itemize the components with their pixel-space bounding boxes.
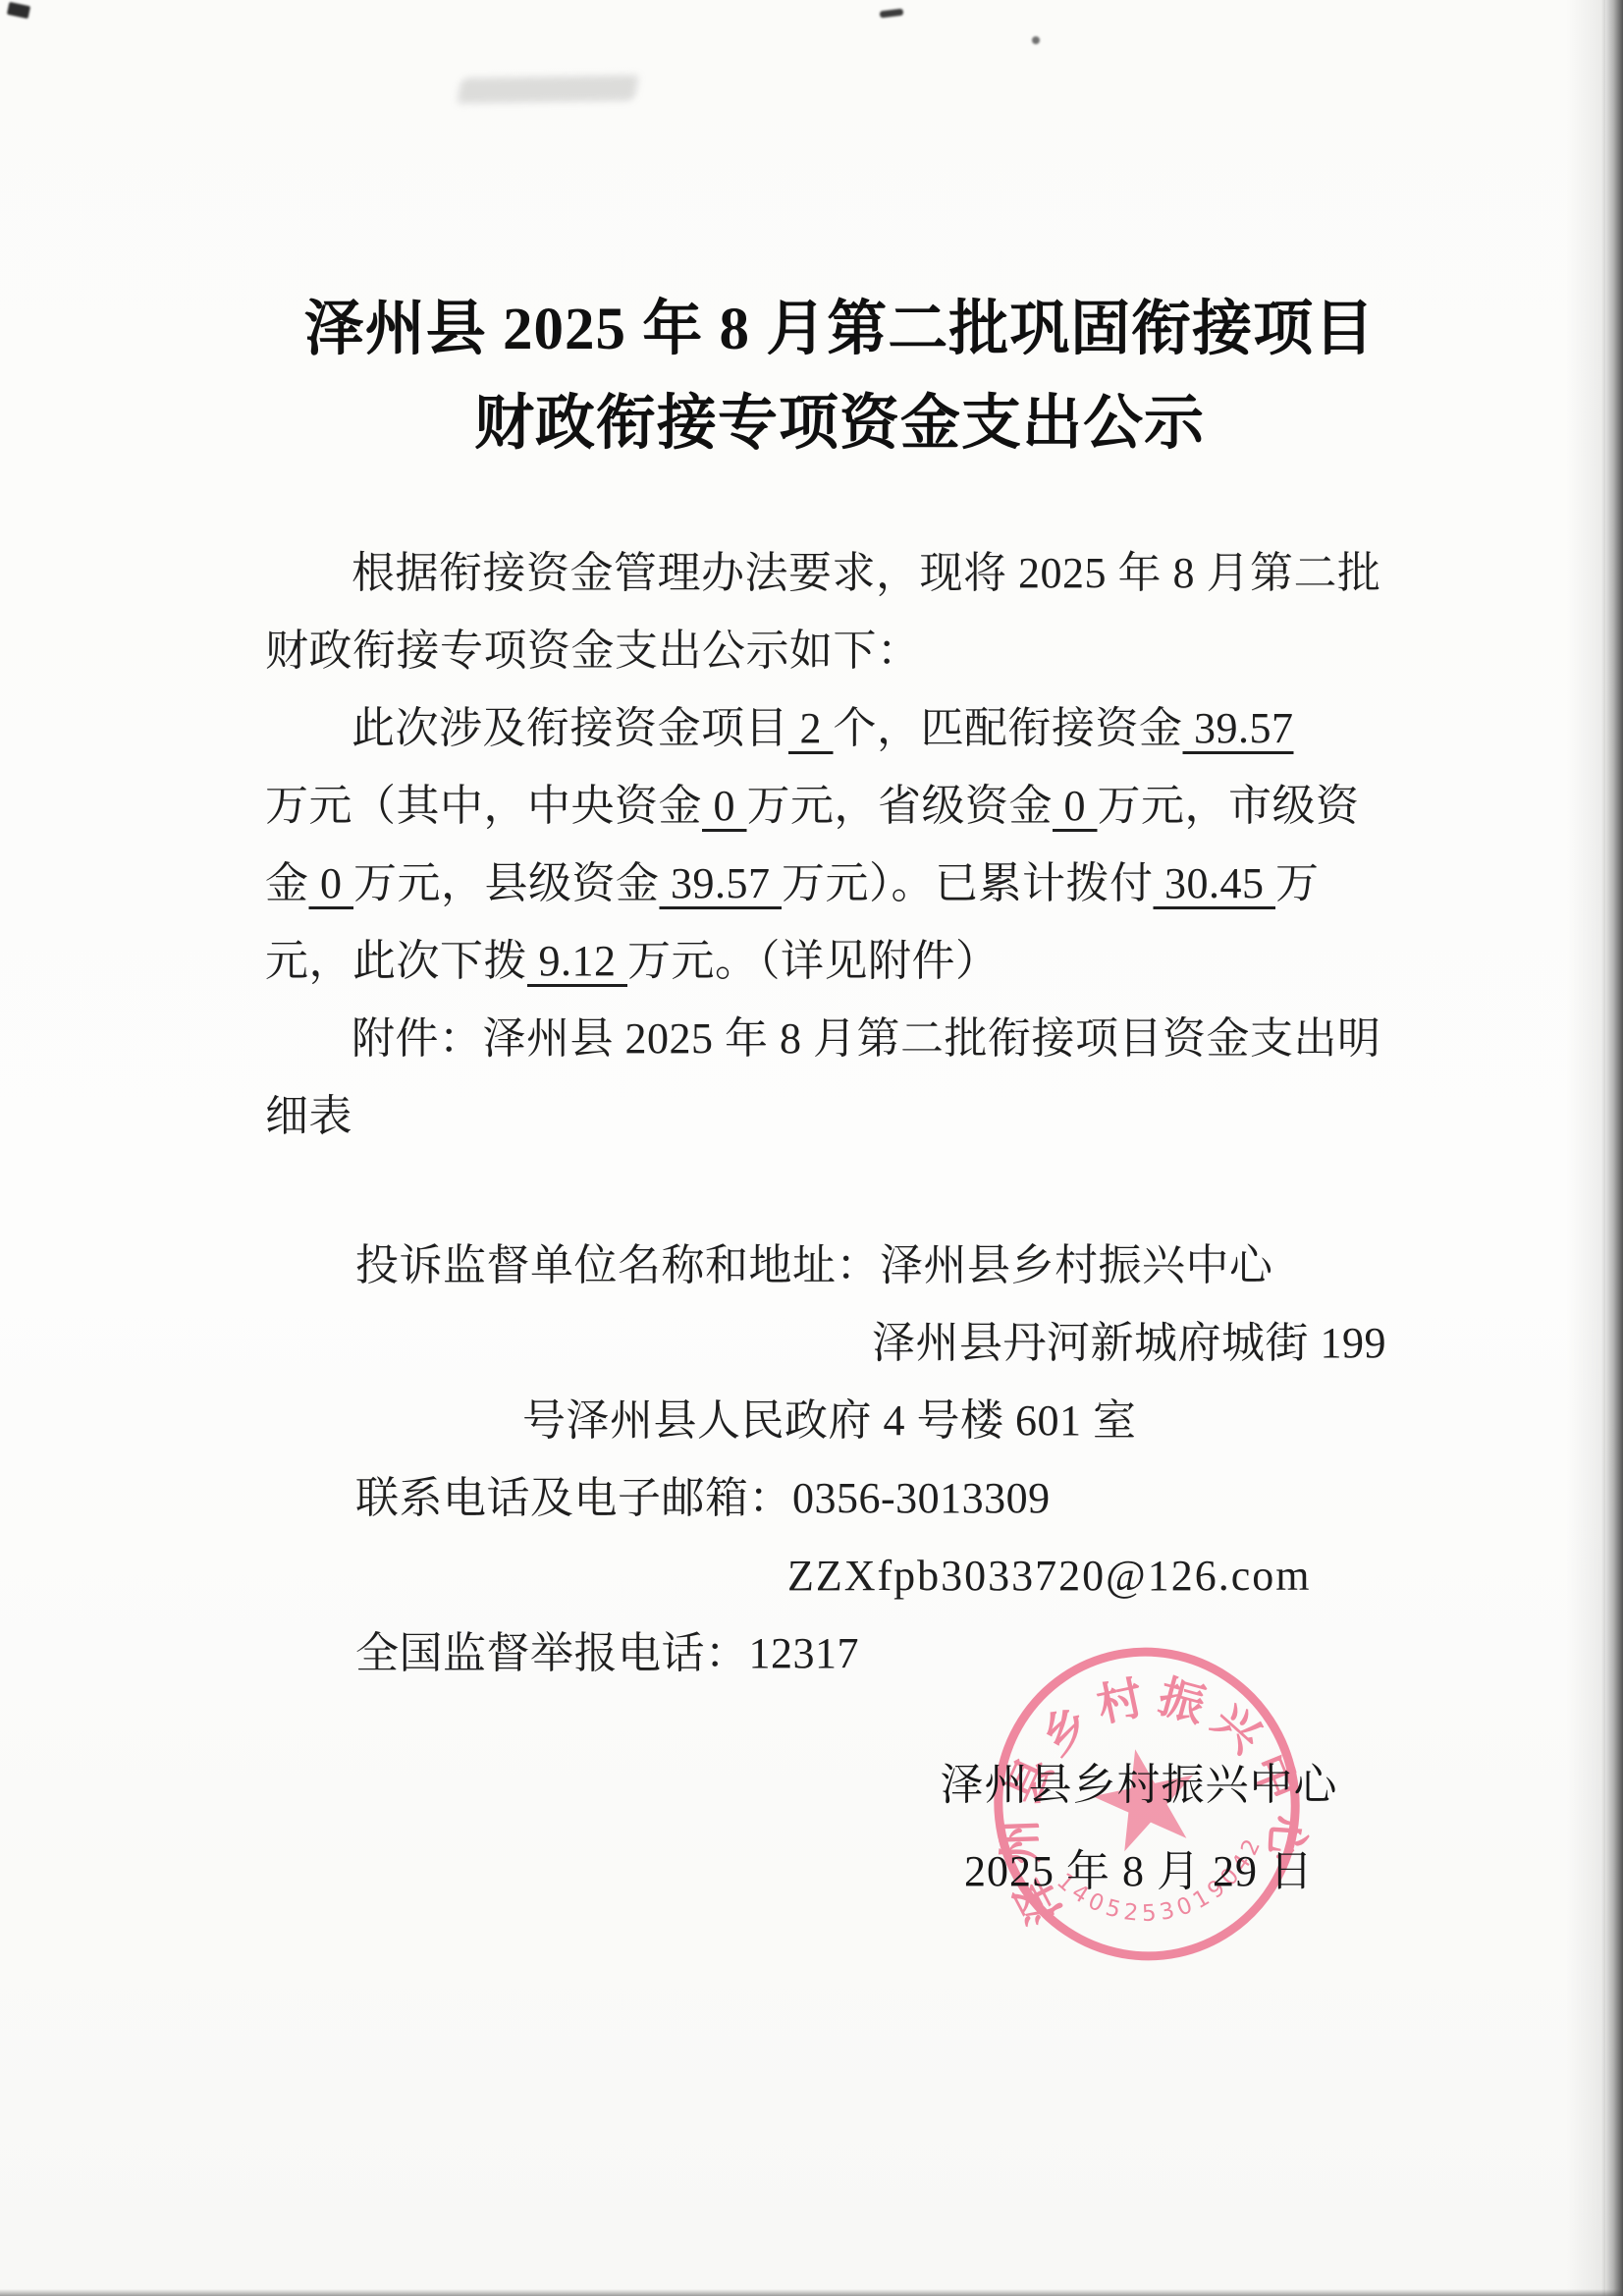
scan-artifact [1032,36,1040,44]
scanned-document-page: 泽州县 2025 年 8 月第二批巩固衔接项目 财政衔接专项资金支出公示 根据衔… [0,0,1623,2296]
document-content: 泽州县 2025 年 8 月第二批巩固衔接项目 财政衔接专项资金支出公示 根据衔… [265,283,1414,1692]
text-segment: 细表 [265,1092,352,1140]
scan-artifact [880,9,904,19]
body-line: 根据衔接资金管理办法要求，现将 2025 年 8 月第二批 [265,534,1414,612]
underlined-value: 0 [702,782,747,830]
document-title-line-2: 财政衔接专项资金支出公示 [265,377,1414,471]
contact-line: 泽州县丹河新城府城街 199 [872,1304,1414,1382]
contact-line: ZZXfpb3033720@126.com [787,1537,1414,1614]
underlined-value: 0 [309,859,354,907]
contact-line: 投诉监督单位名称和地址：泽州县乡村振兴中心 [355,1227,1414,1304]
text-segment: 万元。（详见附件） [627,937,1000,985]
body-line: 元，此次下拨 9.12 万元。（详见附件） [265,922,1414,1000]
body-line: 此次涉及衔接资金项目 2 个，匹配衔接资金 39.57 [265,689,1414,767]
body-line: 财政衔接专项资金支出公示如下： [265,612,1414,689]
signature-org: 泽州县乡村振兴中心 [918,1742,1360,1829]
text-segment: 万 [1275,859,1320,907]
text-segment: 万元，县级资金 [353,859,660,907]
body-line: 细表 [265,1077,1414,1155]
underlined-value: 30.45 [1154,859,1276,907]
body-line: 万元（其中，中央资金 0 万元，省级资金 0 万元，市级资 [265,767,1414,845]
scan-artifact [7,2,30,19]
text-segment: 金 [265,859,309,907]
contact-line: 联系电话及电子邮箱：0356-3013309 [355,1459,1414,1537]
body-line: 金 0 万元，县级资金 39.57 万元）。已累计拨付 30.45 万 [265,845,1414,922]
underlined-value: 39.57 [660,859,783,907]
underlined-value: 39.57 [1183,704,1294,752]
signature-date: 2025 年 8 月 29 日 [918,1829,1360,1915]
body-line: 附件：泽州县 2025 年 8 月第二批衔接项目资金支出明 [265,1000,1414,1077]
body-paragraphs: 根据衔接资金管理办法要求，现将 2025 年 8 月第二批财政衔接专项资金支出公… [265,534,1414,1155]
text-segment: 财政衔接专项资金支出公示如下： [265,627,921,675]
underlined-value: 2 [788,704,834,752]
underlined-value: 9.12 [527,937,627,985]
text-segment: 根据衔接资金管理办法要求，现将 2025 年 8 月第二批 [352,549,1381,597]
text-segment: 附件：泽州县 2025 年 8 月第二批衔接项目资金支出明 [352,1014,1381,1063]
text-segment: 万元，省级资金 [747,782,1054,830]
scan-smudge [457,75,639,103]
scan-edge-shadow [1566,0,1605,2296]
text-segment: 此次涉及衔接资金项目 [352,704,788,752]
text-segment: 万元）。已累计拨付 [782,859,1154,907]
document-title-line-1: 泽州县 2025 年 8 月第二批巩固衔接项目 [265,283,1414,377]
text-segment: 万元，市级资 [1098,782,1360,830]
contact-line: 号泽州县人民政府 4 号楼 601 室 [522,1382,1414,1459]
underlined-value: 0 [1053,782,1098,830]
signature-block: 泽州县乡村振兴中心 2025 年 8 月 29 日 [918,1742,1360,1915]
scan-edge-bottom [0,2289,1623,2296]
scan-edge-right [1601,0,1623,2296]
text-segment: 元，此次下拨 [265,937,527,985]
text-segment: 万元（其中，中央资金 [265,782,702,830]
text-segment: 个，匹配衔接资金 [834,704,1183,752]
